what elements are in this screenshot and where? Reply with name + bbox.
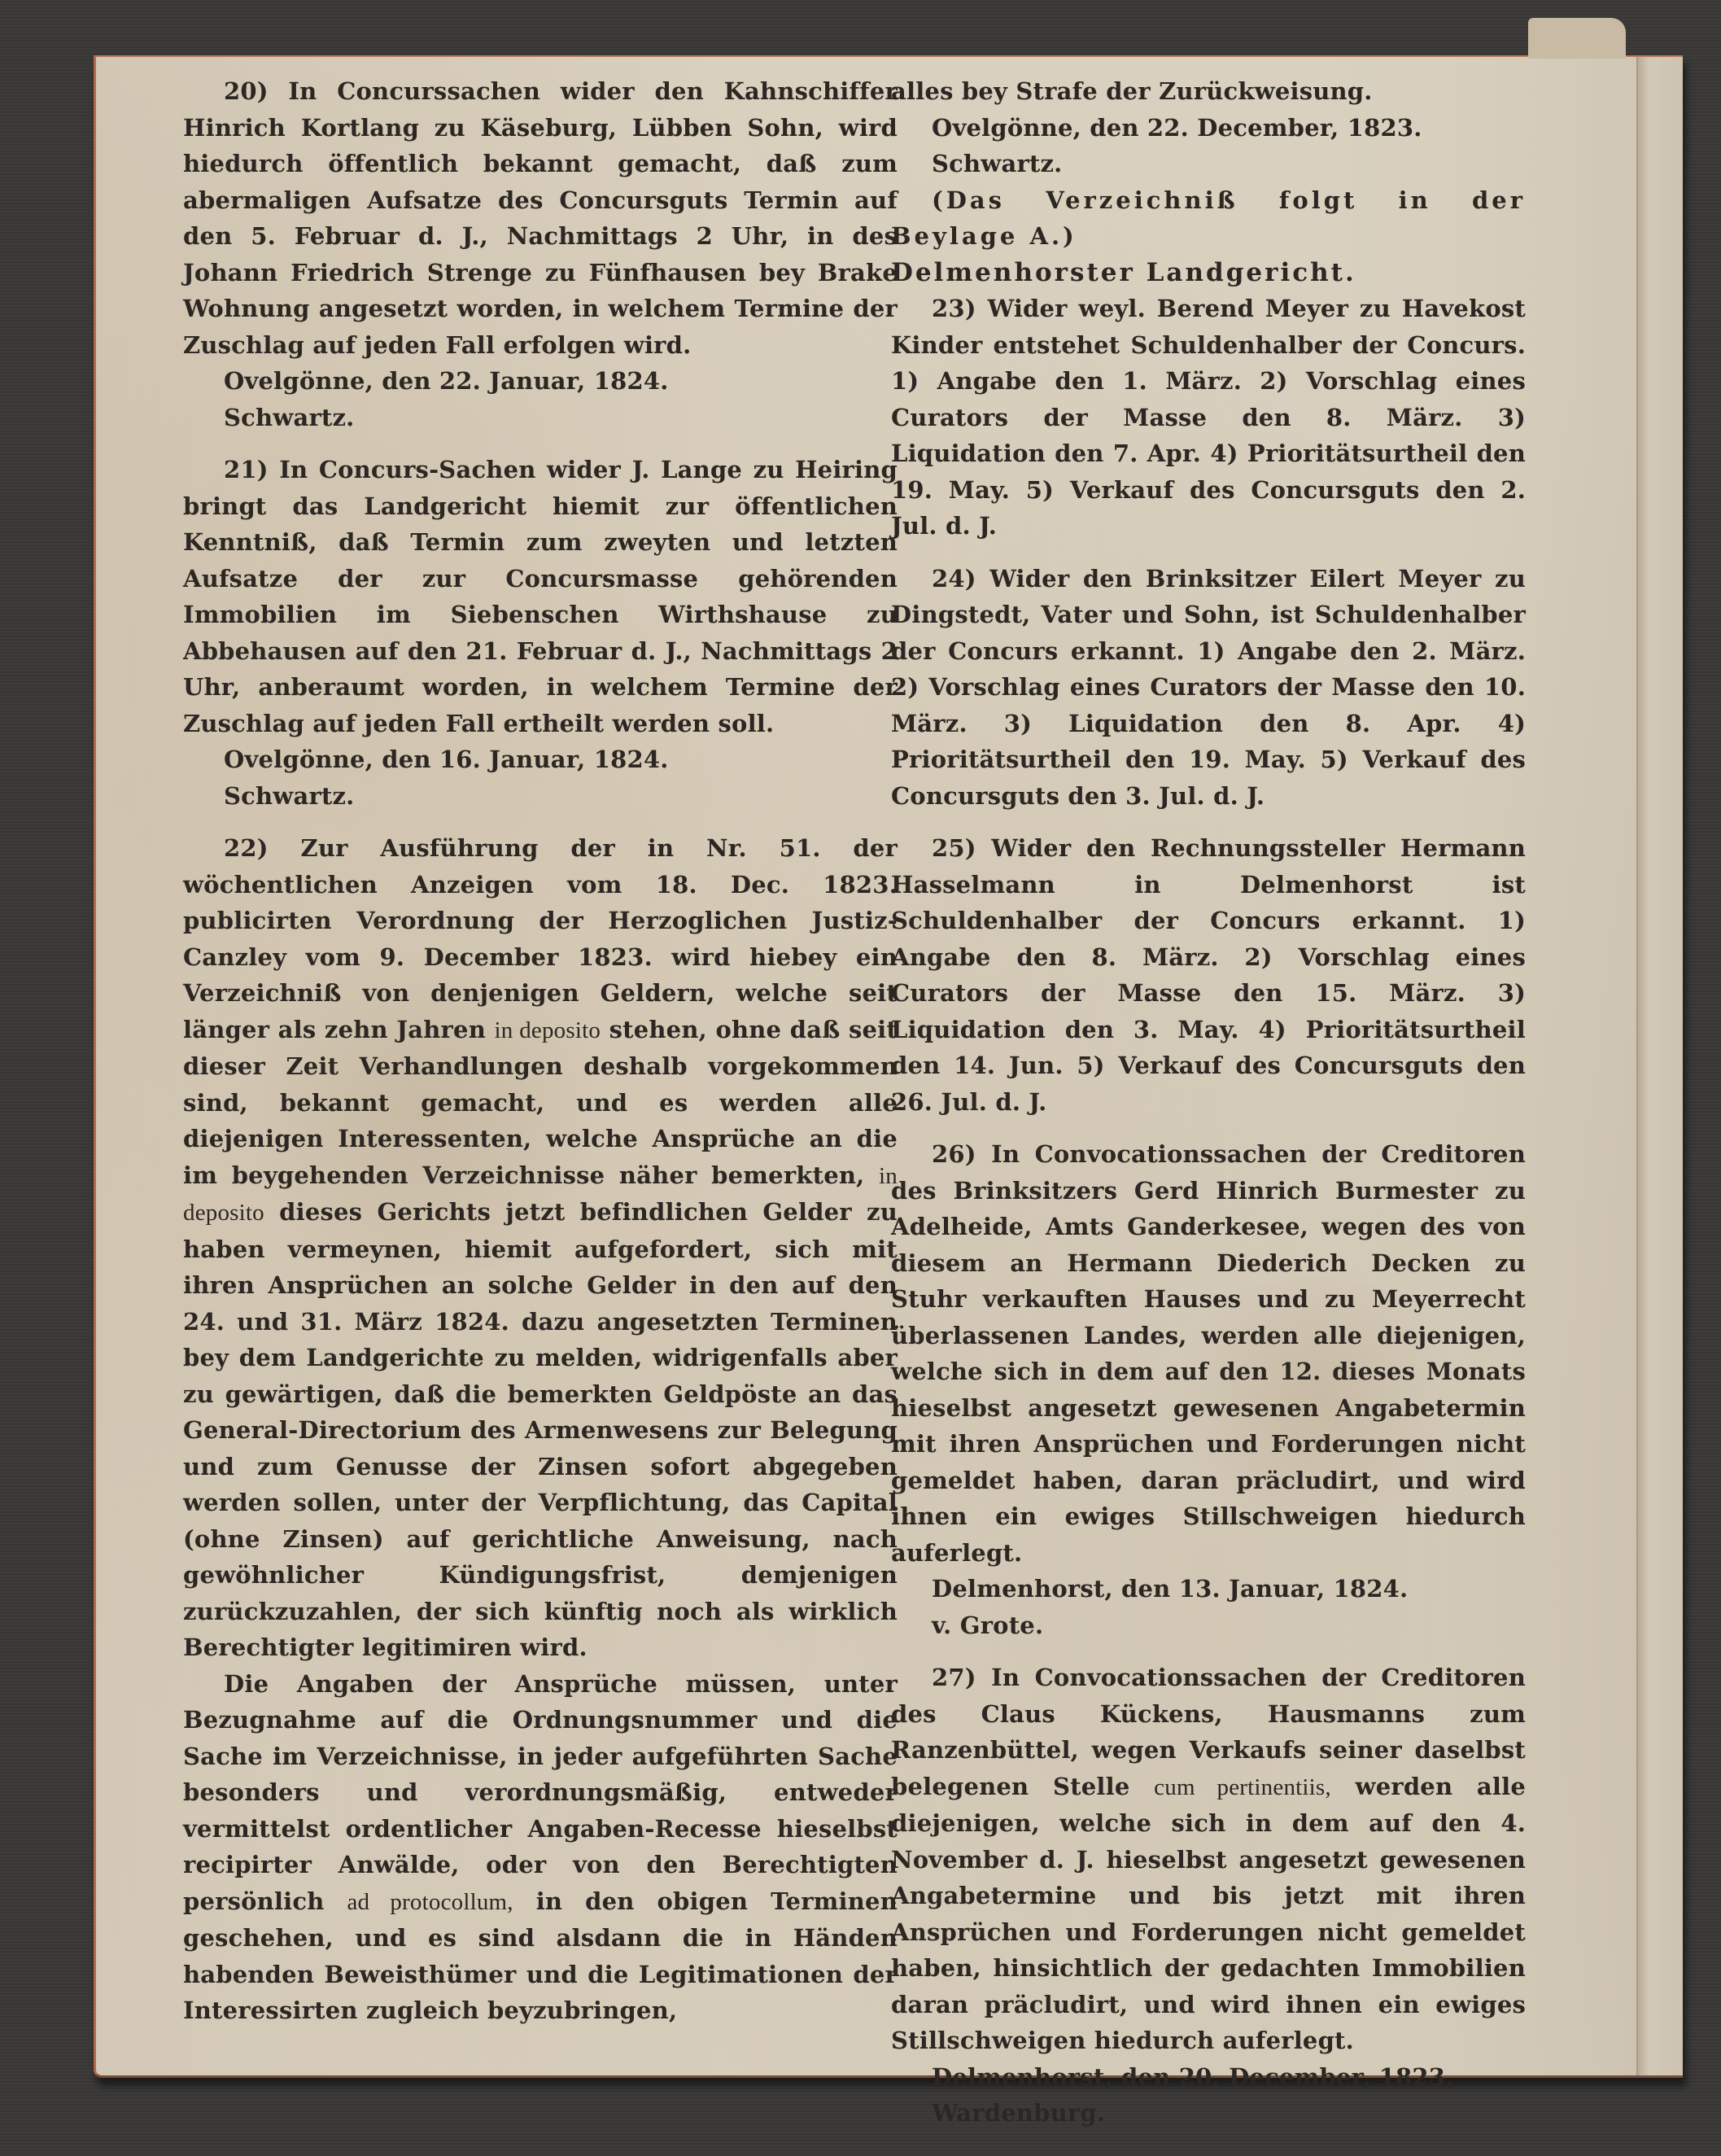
notice-text: 22) Zur Ausführung der in Nr. 51. der wö… [183, 830, 898, 1666]
notice-number: 24) [932, 565, 976, 593]
place-date: Ovelgönne, den 22. December, 1823. [891, 110, 1526, 147]
notice-22: 22) Zur Ausführung der in Nr. 51. der wö… [183, 830, 898, 2029]
notice-number: 20) [224, 77, 269, 105]
place-date: Delmenhorst, den 13. Januar, 1824. [891, 1571, 1526, 1607]
place-date: Ovelgönne, den 22. Januar, 1824. [183, 363, 898, 400]
continuation-text: alles bey Strafe der Zurückweisung. [891, 73, 1526, 110]
notice-21: 21) In Concurs-Sachen wider J. Lange zu … [183, 452, 898, 814]
left-column: 20) In Concurssachen wider den Kahnschif… [183, 73, 898, 2045]
notice-23: 23) Wider weyl. Berend Meyer zu Havekost… [891, 291, 1526, 544]
signature: v. Grote. [891, 1607, 1526, 1644]
notice-text: 20) In Concurssachen wider den Kahnschif… [183, 73, 898, 363]
notice-text: 21) In Concurs-Sachen wider J. Lange zu … [183, 452, 898, 741]
latin-phrase: in deposito [495, 1017, 601, 1043]
signature: Schwartz. [183, 400, 898, 436]
page-gutter [1636, 57, 1683, 2075]
section-heading: Delmenhorster Landgericht. [891, 255, 1526, 291]
place-date: Delmenhorst, den 20. December, 1823. [891, 2059, 1526, 2096]
signature: Schwartz. [183, 778, 898, 815]
latin-phrase: cum pertinentiis, [1154, 1774, 1331, 1800]
notice-number: 27) [932, 1664, 976, 1691]
notice-number: 25) [932, 834, 976, 862]
latin-phrase: ad protocollum, [347, 1889, 513, 1915]
notice-20: 20) In Concurssachen wider den Kahnschif… [183, 73, 898, 435]
signature: Schwartz. [891, 146, 1526, 182]
notice-text: 27) In Convocationssachen der Creditoren… [891, 1660, 1526, 2059]
notice-text: 26) In Convocationssachen der Creditoren… [891, 1136, 1526, 1571]
notice-number: 22) [224, 834, 269, 862]
notice-text-continued: Die Angaben der Ansprüche müssen, unter … [183, 1666, 898, 2029]
notice-25: 25) Wider den Rechnungssteller Hermann H… [891, 830, 1526, 1120]
notice-number: 23) [932, 295, 976, 322]
notice-number: 26) [932, 1140, 976, 1168]
notice-26: 26) In Convocationssachen der Creditoren… [891, 1136, 1526, 1643]
appendix-note: (Das Verzeichniß folgt in der Beylage A.… [891, 182, 1526, 255]
signature: Wardenburg. [891, 2095, 1526, 2132]
right-column: alles bey Strafe der Zurückweisung. Ovel… [891, 73, 1526, 2148]
place-date: Ovelgönne, den 16. Januar, 1824. [183, 741, 898, 778]
notice-text: 24) Wider den Brinksitzer Eilert Meyer z… [891, 561, 1526, 815]
notice-text: 25) Wider den Rechnungssteller Hermann H… [891, 830, 1526, 1120]
notice-number: 21) [224, 456, 269, 483]
torn-paper-flap [1528, 18, 1626, 59]
notice-text: 23) Wider weyl. Berend Meyer zu Havekost… [891, 291, 1526, 544]
notice-27: 27) In Convocationssachen der Creditoren… [891, 1660, 1526, 2132]
notice-24: 24) Wider den Brinksitzer Eilert Meyer z… [891, 561, 1526, 815]
